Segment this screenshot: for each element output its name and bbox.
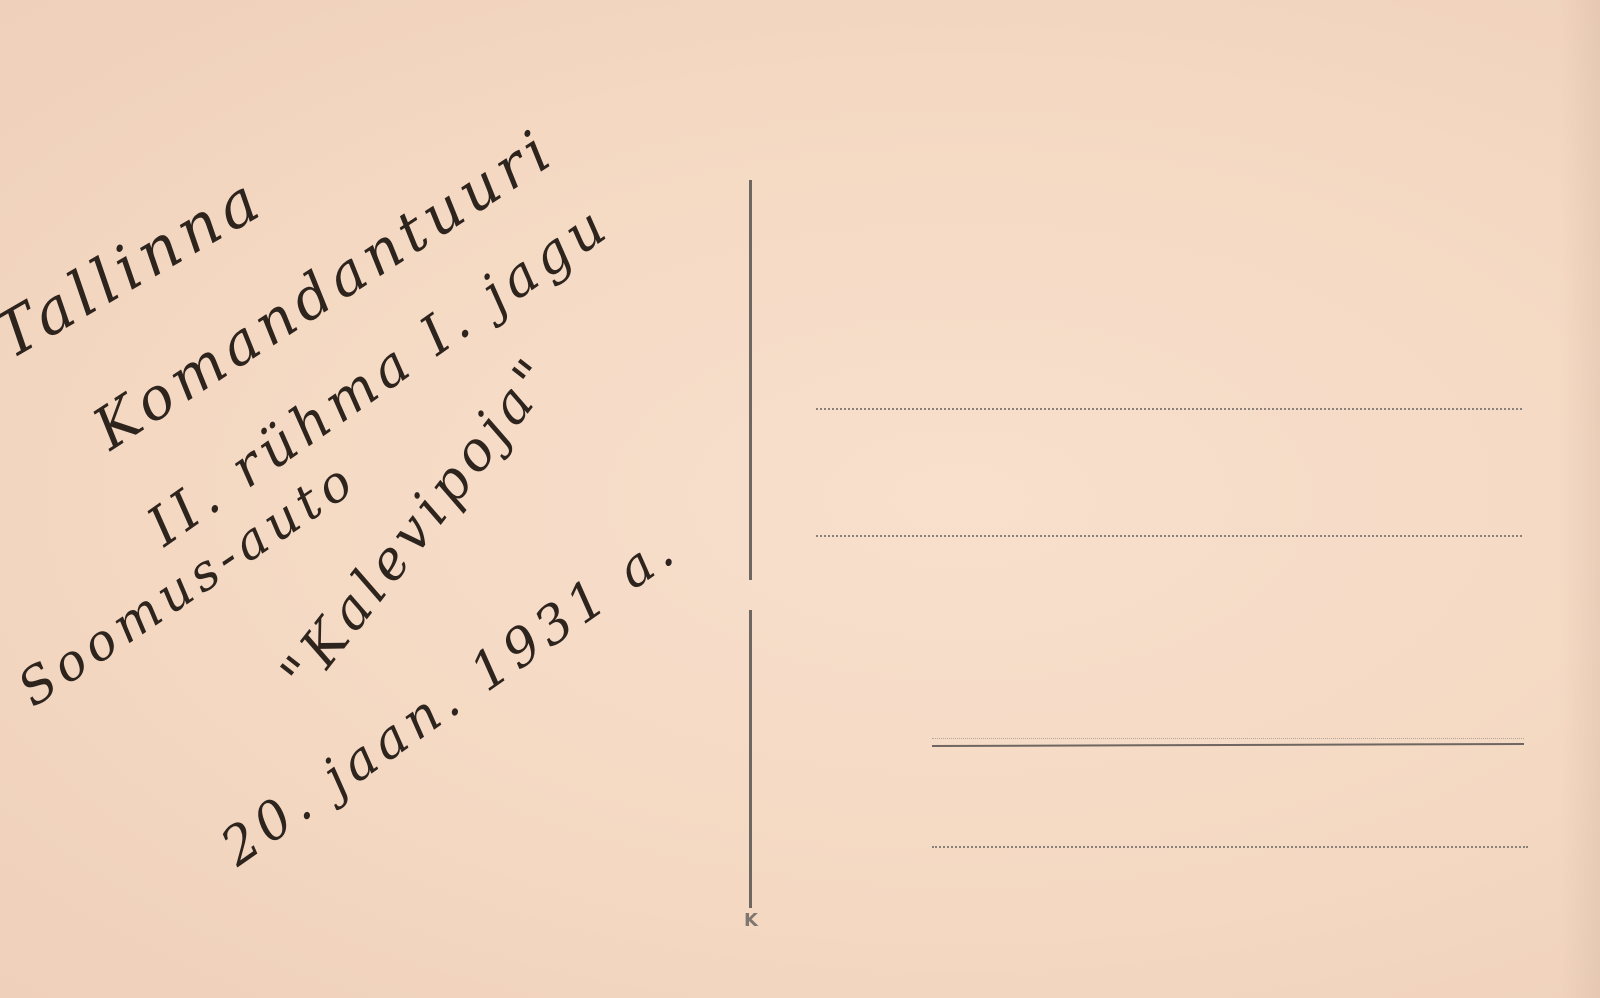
postcard-back: Tallinna Komandantuuri II. rühma I. jagu… bbox=[0, 0, 1600, 998]
address-line-1 bbox=[816, 408, 1522, 410]
handwriting-line-date: 20. jaan. 1931 a. bbox=[211, 518, 690, 878]
address-line-3-dots bbox=[932, 738, 1524, 739]
divider-line-bottom bbox=[749, 610, 752, 908]
address-line-2 bbox=[816, 535, 1522, 537]
printer-mark: K bbox=[744, 910, 758, 931]
address-line-3 bbox=[932, 743, 1524, 747]
card-edge bbox=[1560, 0, 1600, 998]
address-line-4 bbox=[932, 846, 1528, 848]
divider-line-top bbox=[749, 180, 752, 580]
